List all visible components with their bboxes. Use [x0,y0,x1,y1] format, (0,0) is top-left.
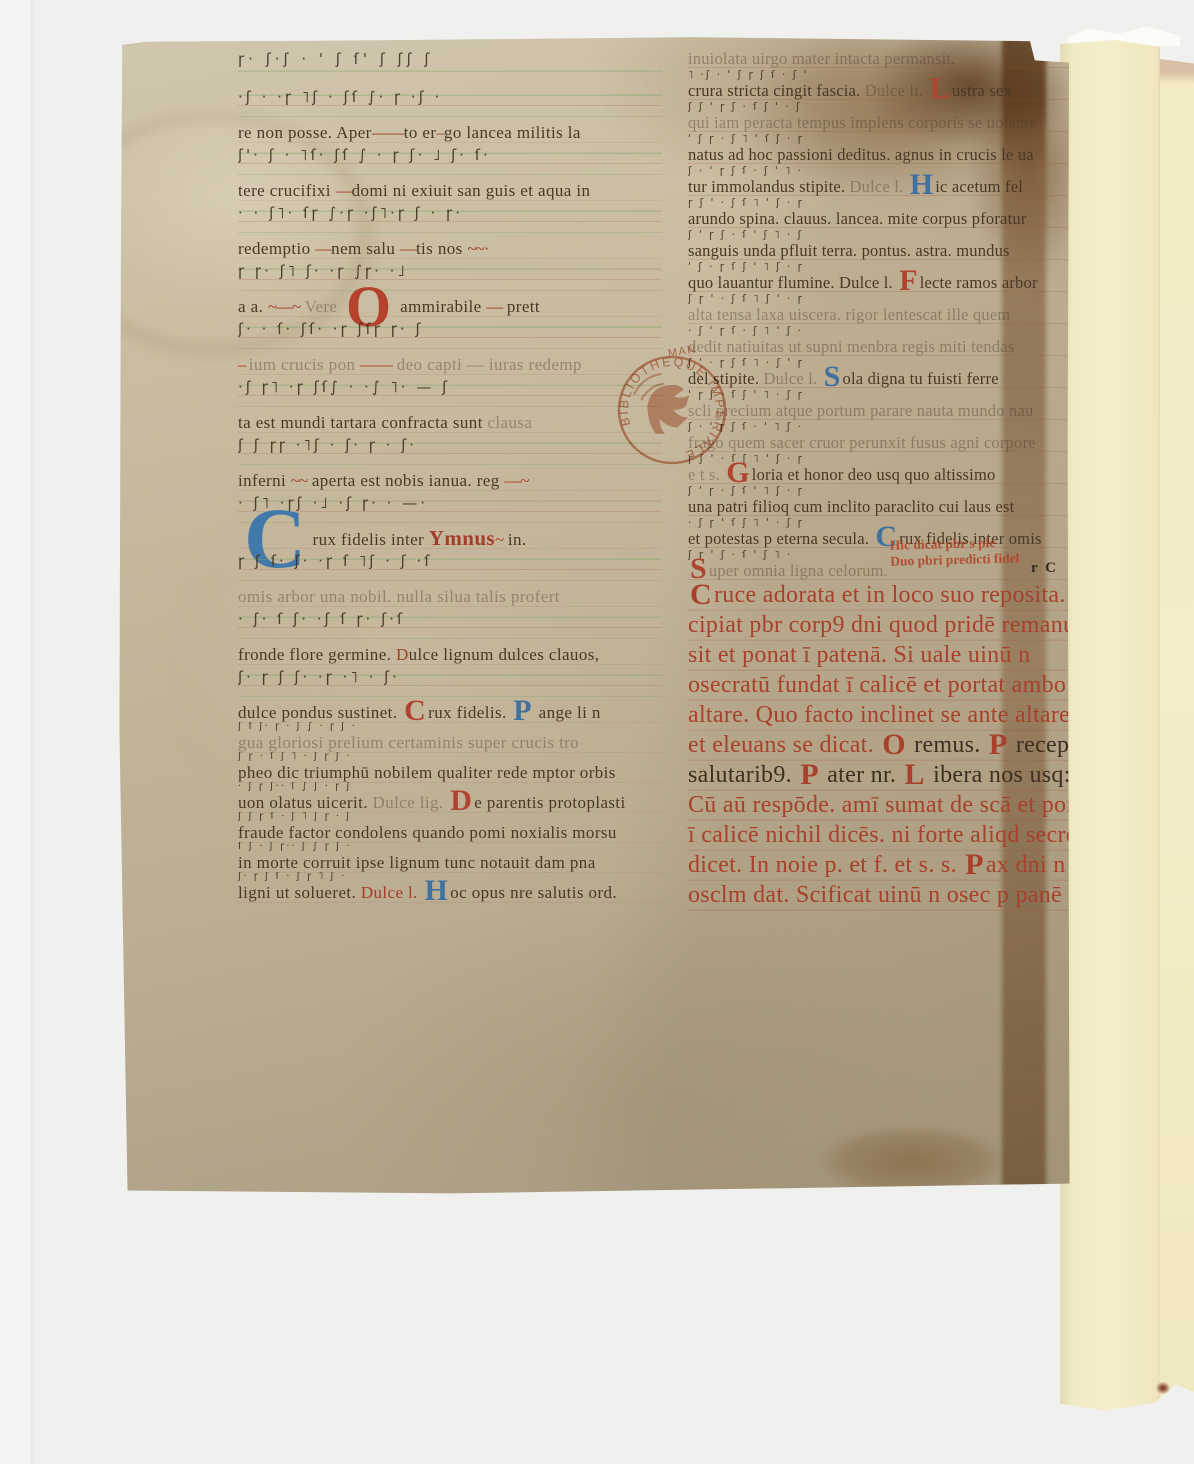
lyric-line: pheo dic triumphū nobilem qualiter rede … [238,762,662,784]
neume-row: ' ʃ · ɼ ſ ʃ ' ˥ ʃ · ɼ [688,262,1080,273]
text-segment: osclm dat. Scificat uinū n osec p panē s… [688,882,1133,908]
text-segment: inuiolata uirgo mater intacta permansit. [688,49,956,68]
text-segment: — [336,181,352,200]
illuminated-initial: S [822,360,843,393]
lyric-line: tere crucifixi —domi ni exiuit san guis … [238,180,662,202]
text-segment: qui iam peracta tempus implens corporis … [688,113,1037,132]
text-segment: et eleuans se dicat. [688,732,880,758]
lyric-line: ta est mundi tartara confracta sunt clau… [238,412,662,434]
lyric-line: fronde flore germine. Dulce lignum dulce… [238,644,662,666]
rubric-line: sit et ponat ī patenā. Si uale uinū n [688,642,1080,672]
illuminated-initial: P [987,728,1010,761]
music-system: ʃ'· ʃ · ˥ſ· ʃſ ∫ · ɼ ʃ· ˩ ʃ· ſ·tere cruc… [238,142,662,200]
lyric-line: redemptio —nem salu —tis nos ~~· [238,238,662,260]
text-segment: ium crucis pon [249,355,360,374]
neume-row: ɼ ɼ· ʃ˥ ʃ· ·ɼ ∫ɼ· ·˩ [238,258,662,296]
text-segment: remus. [908,732,987,758]
neume-row: ·ʃ · ·ɼ ˥ʃ · ʃſ ∫· ɼ ·ʃ · [238,84,662,122]
text-column-right: inuiolata uirgo mater intacta permansit.… [688,38,1080,912]
text-segment: fraude factor condolens quando pomi noxi… [238,823,617,842]
text-segment: deo capti — iuras redemp [392,355,582,374]
text-segment: Dulce lig. [373,793,449,812]
illuminated-initial: C [688,578,714,611]
neume-row: ʃ· ɼ ʃ ſ · ʃ ɼ ˥ ʃ · [238,872,662,882]
neume-row: · ʃ ' ɼ ſ · ʃ ˥ ' ʃ · [688,326,1080,337]
hymn-line: ʃ ' · ɼ ʃ ſ ˥ · ʃ ' ɼdel stipite. Dulce … [688,358,1080,390]
text-segment: inferni [238,471,291,490]
hymn-line: ˥ ·ʃ · ' ʃ ɼ ʃ ſ · ʃ 'crura stricta cing… [688,70,1080,102]
music-system: ʃ ʃ ɼɼ ·˥ʃ · ʃ· ɼ · ʃ·inferni ~~ aperta … [238,432,662,490]
neume-row: ' ɼ ʃ · ſ ʃ ' ˥ · ʃ ɼ [688,390,1080,401]
hymn-text: tur immolandus stipite. Dulce l. Hic ace… [688,177,1080,197]
neume-row: ʃ ' · ɼ ʃ ſ ˥ · ʃ ' ɼ [688,358,1080,369]
rubric-line: osecratū fundat ī calicē et portat ambo … [688,672,1080,702]
music-system: ·ʃ · ·ɼ ˥ʃ · ʃſ ∫· ɼ ·ʃ ·re non posse. A… [238,84,662,142]
stamp-top-text: MAN [667,343,697,359]
hymn-text: natus ad hoc passioni deditus. agnus in … [688,145,1080,165]
neume-row: ſ ʃ · ʃ ɼ·· ʃ ∫ ɼ ʃ · [238,842,662,852]
text-segment: ~~· [467,239,488,258]
text-segment: ulce lignum dulces clauos, [409,645,600,664]
text-segment: – [238,355,249,374]
text-segment: tur immolandus stipite. [688,177,850,196]
text-segment: ola digna tu fuisti ferre [843,369,999,388]
rubric-line: ī calicē nichil dicēs. ni forte aliqd se… [688,822,1080,852]
hymn-text: arundo spina. clauus. lancea. mite corpu… [688,209,1080,229]
text-segment: uper omnia ligna celorum. [709,561,888,580]
rubric-line: cipiat pbr corp9 dni quod pridē remanu [688,612,1080,642]
text-segment: Vere [300,297,342,316]
text-segment: et potestas p eterna secula. [688,529,873,548]
lyric-line: a a. ~—~ Vere O ammirabile — prett [238,296,662,318]
music-system: · ʃ ɼ ʃ·· ſ ∫ ʃ · ɼ ʃuon olatus uicerit.… [238,782,662,812]
text-segment: ~~ [291,471,307,490]
text-segment: – [436,123,444,142]
music-system: ſ ʃ · ʃ ɼ·· ʃ ∫ ɼ ʃ ·in morte corruit ip… [238,842,662,872]
text-segment: D [396,645,409,664]
lyric-line: re non posse. Aper——to er–go lancea mili… [238,122,662,144]
text-segment: —~ [504,471,528,490]
text-segment: uon olatus uicerit. [238,793,373,812]
illuminated-initial: L [928,72,952,105]
flyleaf-front-page [1060,40,1160,1412]
text-segment: Cū aū respōde. amī sumat de scā et ponat [688,792,1097,818]
text-segment: rux fidelis inter [313,530,429,549]
text-segment: ibera nos usq: [927,762,1077,788]
hymn-text: crura stricta cingit fascia. Dulce li. L… [688,81,1080,101]
text-segment: rux fidelis. [428,703,511,722]
text-segment: Ymnus [429,526,495,550]
text-segment: —— [372,123,404,142]
rubric-line: Cū aū respōde. amī sumat de scā et ponat [688,792,1080,822]
text-segment: to er [404,123,437,142]
neume-row: ʃ ſ ʃ· ɼ · ʃ ∫ · ɼ ʃ · [238,722,662,732]
lyric-line: dulce pondus sustinet. Crux fidelis. P a… [238,702,662,724]
neume-row: ʃ ' ɼ ʃ · ſ ' ʃ ˥ · ʃ [688,230,1080,241]
text-segment: aperta est nobis ianua. reg [307,471,504,490]
illuminated-initial: F [897,264,920,297]
hymn-line: ' ʃ · ɼ ſ ʃ ' ˥ ʃ · ɼquo lauantur flumin… [688,262,1080,294]
text-segment: clausa [487,413,532,432]
text-segment: dedit natiuitas ut supni menbra regis mi… [688,337,1014,356]
manuscript-photograph: ɼ· ʃ·ʃ · ' ʃ ſ' ʃ ʃʃ ʃ·ʃ · ·ɼ ˥ʃ · ʃſ ∫·… [0,0,1194,1464]
music-system: ɼ ʃ ſ· ʃ· ·ɼ ſ ˥ʃ · ʃ ·ſomis arbor una n… [238,548,662,606]
text-segment: salutarib9. [688,762,798,788]
text-segment: in. [503,530,526,549]
text-segment: sit et ponat ī patenā. Si uale uinū n [688,642,1030,668]
text-segment: — [315,239,331,258]
illuminated-initial: H [422,874,450,907]
text-segment: arundo spina. clauus. lancea. mite corpu… [688,209,1027,228]
text-segment: cipiat pbr corp9 dni quod pridē remanu [688,612,1075,638]
text-segment: quo lauantur flumine. Dulce l. [688,273,897,292]
text-segment: redemptio [238,239,315,258]
neume-row: ɼ ʃ ' · ʃ ſ ˥ ' ʃ · ɼ [688,198,1080,209]
hymn-text: sanguis unda pfluit terra. pontus. astra… [688,241,1080,261]
text-segment: alta tensa laxa uiscera. rigor lentescat… [688,305,1010,324]
lyric-line: fraude factor condolens quando pomi noxi… [238,822,662,844]
neume-row: ʃ ʃ ɼ ſ · ʃ ˥ ʃ ɼ · ʃ [238,812,662,822]
lyric-line: uon olatus uicerit. Dulce lig. De parent… [238,792,662,814]
text-segment: Dulce l. [850,177,908,196]
text-segment: —— [360,355,392,374]
music-system: ɼ· ʃ·ʃ · ' ʃ ſ' ʃ ʃʃ ʃ [238,44,662,84]
text-segment: in morte corruit ipse lignum tunc notaui… [238,853,596,872]
rubric-line: Cruce adorata et in loco suo reposita. a… [688,582,1080,612]
music-column-left: ɼ· ʃ·ʃ · ' ʃ ſ' ʃ ʃʃ ʃ·ʃ · ·ɼ ˥ʃ · ʃſ ∫·… [238,44,662,902]
text-segment: dulce pondus sustinet. [238,703,402,722]
music-system: · · ʃ˥· ſɼ ∫·ɼ ·ʃ˥·ɼ ʃ · ɼ·redemptio —ne… [238,200,662,258]
text-segment: ange li n [534,703,601,722]
rubric-line: salutarib9. P ater nr. L ibera nos usq: … [688,762,1080,792]
parchment-leaf: ɼ· ʃ·ʃ · ' ʃ ſ' ʃ ʃʃ ʃ·ʃ · ·ɼ ˥ʃ · ʃſ ∫·… [118,36,1070,1194]
text-segment: oc opus nre salutis ord. [450,883,617,902]
hymn-line: ʃ ' ɼ ʃ · ſ ' ʃ ˥ · ʃsanguis unda pfluit… [688,230,1080,262]
text-segment: nem salu [331,239,400,258]
text-segment: tere crucifixi [238,181,336,200]
rubric-line: dicet. In noie p. et f. et s. s. Pax dni… [688,852,1080,882]
neume-row: ʃ ɼ · ſ ʃ ˥ · ʃ ɼ ʃ · [238,752,662,762]
lyric-line: omis arbor una nobil. nulla silua talis … [238,586,662,608]
text-segment: omis arbor una nobil. nulla silua talis … [238,587,560,606]
text-segment: altare. Quo facto inclinet se ante altar… [688,702,1076,728]
text-segment: ~—~ [268,297,300,316]
hymn-line: ʃ ɼ ' · ʃ ſ ˥ ʃ ' · ɼalta tensa laxa uis… [688,294,1080,326]
text-segment: ruce adorata et in loco suo reposita. ac [714,582,1094,608]
music-system: ʃ ɼ · ſ ʃ ˥ · ʃ ɼ ʃ ·pheo dic triumphū n… [238,752,662,782]
hymn-text: dedit natiuitas ut supni menbra regis mi… [688,337,1080,357]
text-segment: Dulce l. [361,883,423,902]
music-system: ʃ ʃ ɼ ſ · ʃ ˥ ʃ ɼ · ʃfraude factor condo… [238,812,662,842]
text-segment: una patri filioq cum inclito paraclito c… [688,497,1014,516]
text-segment: ater nr. [821,762,903,788]
neume-row: ʃ · ' ɼ ʃ ſ · ʃ ' ˥ · [688,166,1080,177]
text-segment: — [486,297,502,316]
text-segment: ustra sex [952,81,1012,100]
stamp-eagle-icon [637,377,699,438]
hymn-text: quo lauantur flumine. Dulce l. Flecte ra… [688,273,1080,293]
text-segment: natus ad hoc passioni deditus. agnus in … [688,145,1034,164]
neume-row: ˥ ·ʃ · ' ʃ ɼ ʃ ſ · ʃ ' [688,70,1080,81]
neume-row: ɼ ʃ ſ· ʃ· ·ɼ ſ ˥ʃ · ʃ ·ſ [238,548,662,586]
text-segment: ligni ut solueret. [238,883,361,902]
lyric-line: in morte corruit ipse lignum tunc notaui… [238,852,662,874]
text-segment: ~ [495,530,503,549]
lyric-line: gua gloriosi prelium certaminis super cr… [238,732,662,754]
flyleaf-stain-spot [1156,1382,1170,1394]
neume-row: ʃ ʃ ' ɼ ʃ · ſ ʃ ' · ʃ [688,102,1080,113]
hymn-line: ɼ ʃ ' · ſ ʃ ˥ ' ʃ · ɼe t s. Gloria et ho… [688,454,1080,486]
hymn-text: del stipite. Dulce l. Sola digna tu fuis… [688,369,1080,389]
text-segment: tis nos [416,239,467,258]
text-segment: crura stricta cingit fascia. [688,81,865,100]
text-segment: Dulce l. [763,369,821,388]
neume-row: ' ʃ ɼ · ʃ ˥ ' ſ ʃ · ɼ [688,134,1080,145]
music-system: ʃ ſ ʃ· ɼ · ʃ ∫ · ɼ ʃ ·gua gloriosi preli… [238,722,662,752]
quire-mark: r C [1031,560,1058,577]
text-segment: loria et honor deo usq quo altissimo [752,465,996,484]
illuminated-initial: P [798,758,821,791]
hymn-text: qui iam peracta tempus implens corporis … [688,113,1080,133]
rubric-line: osclm dat. Scificat uinū n osec p panē s… [688,882,1080,912]
rubric-line: et eleuans se dicat. O remus. P receptus [688,732,1080,762]
hymn-line: · ʃ ' ɼ ſ · ʃ ˥ ' ʃ ·dedit natiuitas ut … [688,326,1080,358]
text-segment: ammirabile [396,297,487,316]
text-segment: Dulce li. [865,81,928,100]
illuminated-initial: O [880,728,908,761]
neume-row: ʃ· ɼ ʃ ʃ· ·ɼ ·˥ · ʃ· [238,664,662,702]
brown-stain-bottom [808,1122,1016,1200]
neume-row: ʃ'· ʃ · ˥ſ· ʃſ ∫ · ɼ ʃ· ˩ ʃ· ſ· [238,142,662,180]
music-system: ʃ· ɼ ʃ ʃ· ·ɼ ·˥ · ʃ·dulce pondus sustine… [238,664,662,722]
neume-row: ɼ· ʃ·ʃ · ' ʃ ſ' ʃ ʃʃ ʃ [238,44,662,88]
text-segment: ic acetum fel [935,177,1023,196]
lyric-line: ligni ut solueret. Dulce l. Hoc opus nre… [238,882,662,904]
hymn-text: inuiolata uirgo mater intacta permansit. [688,49,1080,69]
music-system: · ʃ˥ ·ɼʃ ·˩ ·ʃ ɼ· · —·Crux fidelis inter… [238,490,662,548]
hymn-line: inuiolata uirgo mater intacta permansit. [688,38,1080,70]
neume-row: · ʃ· ſ ʃ· ·ʃ ſ ɼ· ʃ·ſ [238,606,662,644]
music-system: ʃ· · ſ· ʃſ· ·ɼ ʃſɼ ɼ· ʃ– ium crucis pon … [238,316,662,374]
lyric-line: – ium crucis pon —— deo capti — iuras re… [238,354,662,376]
neume-row: · · ʃ˥· ſɼ ∫·ɼ ·ʃ˥·ɼ ʃ · ɼ· [238,200,662,238]
neume-row: ʃ ɼ ' · ʃ ſ ˥ ʃ ' · ɼ [688,294,1080,305]
music-system: ʃ· ɼ ʃ ſ · ʃ ɼ ˥ ʃ ·ligni ut solueret. D… [238,872,662,902]
text-segment: fronde flore germine. [238,645,396,664]
illuminated-initial: L [903,758,927,791]
neume-row: ʃ ʃ ɼɼ ·˥ʃ · ʃ· ɼ · ʃ· [238,432,662,470]
illuminated-initial: H [908,168,936,201]
text-segment: dicet. In noie p. et f. et s. s. [688,852,963,878]
illuminated-initial: G [724,456,752,489]
text-segment: pheo dic triumphū nobilem qualiter rede … [238,763,616,782]
text-segment: osecratū fundat ī calicē et portat ambo … [688,672,1107,698]
hymn-line: ' ʃ ɼ · ʃ ˥ ' ſ ʃ · ɼnatus ad hoc passio… [688,134,1080,166]
text-segment: go lancea militis la [444,123,581,142]
music-system: ɼ ɼ· ʃ˥ ʃ· ·ɼ ∫ɼ· ·˩a a. ~—~ Vere O ammi… [238,258,662,316]
neume-row: ʃ ' ɼ · ʃ ſ ' ˥ ʃ · ɼ [688,486,1080,497]
hymn-line: ʃ ' ɼ · ʃ ſ ' ˥ ʃ · ɼuna patri filioq cu… [688,486,1080,518]
text-segment: prett [502,297,540,316]
text-segment: re non posse. Aper [238,123,372,142]
hymn-line: ʃ · ' ɼ ʃ ſ · ʃ ' ˥ ·tur immolandus stip… [688,166,1080,198]
text-segment: a a. [238,297,268,316]
text-segment: lecte ramos arbor [920,273,1038,292]
text-segment: sanguis unda pfluit terra. pontus. astra… [688,241,1010,260]
text-segment: — [400,239,416,258]
hymn-line: ʃ ʃ ' ɼ ʃ · ſ ʃ ' · ʃqui iam peracta tem… [688,102,1080,134]
neume-row: ʃ· · ſ· ʃſ· ·ɼ ʃſɼ ɼ· ʃ [238,316,662,354]
illuminated-initial: P [963,848,986,881]
text-segment: domi ni exiuit san guis et aqua in [352,181,591,200]
lyric-line: Crux fidelis inter Ymnus~ in. [238,528,662,550]
lyric-line: inferni ~~ aperta est nobis ianua. reg —… [238,470,662,492]
text-segment: e parentis protoplasti [474,793,625,812]
hymn-text: alta tensa laxa uiscera. rigor lentescat… [688,305,1080,325]
text-segment: ta est mundi tartara confracta sunt [238,413,487,432]
hymn-line: ɼ ʃ ' · ʃ ſ ˥ ' ʃ · ɼarundo spina. clauu… [688,198,1080,230]
neume-row [688,38,1080,49]
hymn-text: e t s. Gloria et honor deo usq quo altis… [688,465,1080,485]
music-system: · ʃ· ſ ʃ· ·ʃ ſ ɼ· ʃ·ſfronde flore germin… [238,606,662,664]
hymn-text: una patri filioq cum inclito paraclito c… [688,497,1080,517]
text-segment: gua gloriosi prelium certaminis super cr… [238,733,579,752]
